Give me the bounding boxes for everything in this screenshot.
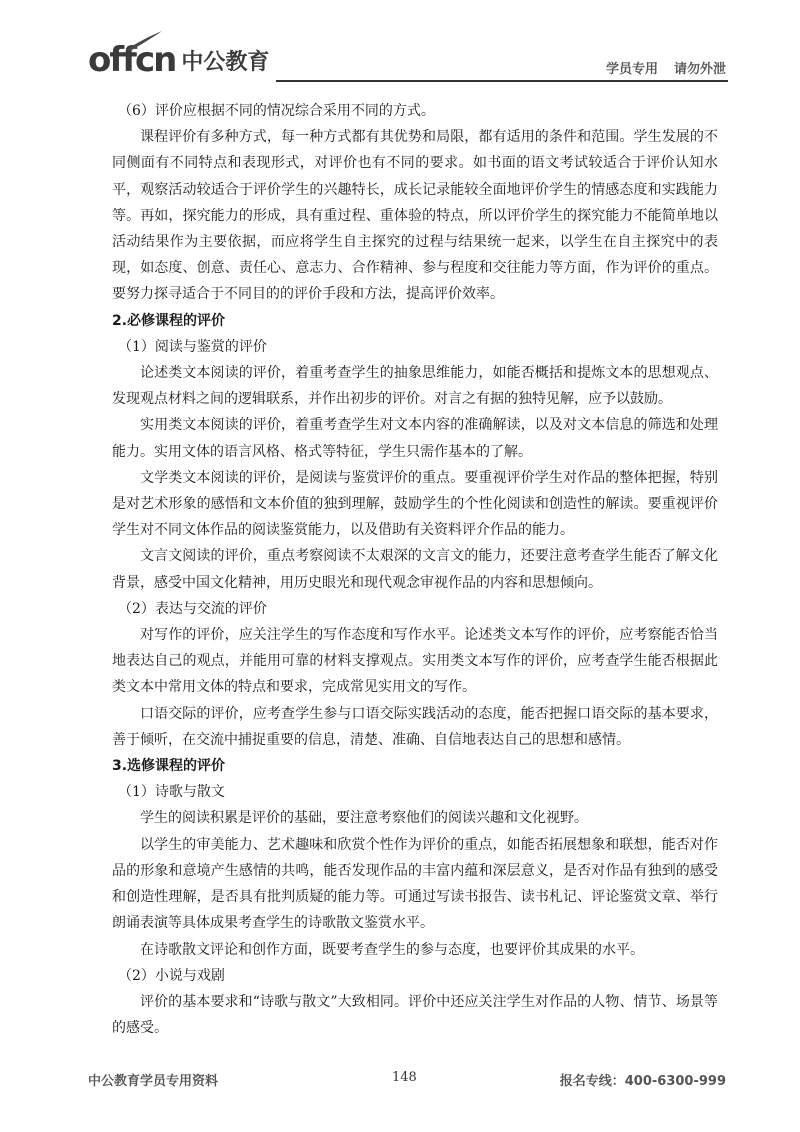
paragraph: 口语交际的评价，应考查学生参与口语交际实践活动的态度，能否把握口语交际的基本要求…: [112, 701, 718, 753]
paragraph: 论述类文本阅读的评价，着重考查学生的抽象思维能力，如能否概括和提炼文本的思想观点…: [112, 360, 718, 412]
header-tag-student-only: 学员专用: [606, 62, 658, 77]
header-tag-no-leak: 请勿外泄: [674, 62, 726, 77]
footer-hotline: 报名专线：400-6300-999: [560, 1070, 726, 1089]
paragraph: 课程评价有多种方式，每一种方式都有其优势和局限，都有适用的条件和范围。学生发展的…: [112, 124, 718, 307]
paragraph: 对写作的评价，应关注学生的写作态度和写作水平。论述类文本写作的评价，应考察能否恰…: [112, 622, 718, 701]
paragraph: 学生的阅读积累是评价的基础，要注意考察他们的阅读兴趣和文化视野。: [112, 805, 718, 831]
subsection-heading: （1）诗歌与散文: [112, 779, 718, 805]
subsection-heading: （1）阅读与鉴赏的评价: [112, 334, 718, 360]
footer-label: 中公教育学员专用资料: [88, 1070, 218, 1089]
page-header: offcn 中公教育 学员专用请勿外泄: [88, 34, 728, 84]
header-divider: [276, 80, 728, 82]
section-heading: 3.选修课程的评价: [112, 753, 718, 779]
subsection-heading: （2）小说与戏剧: [112, 963, 718, 989]
document-body: （6）评价应根据不同的情况综合采用不同的方式。课程评价有多种方式，每一种方式都有…: [112, 98, 718, 1041]
paragraph: 以学生的审美能力、艺术趣味和欣赏个性作为评价的重点，如能否拓展想象和联想，能否对…: [112, 832, 718, 937]
offcn-logo: offcn 中公教育: [88, 38, 269, 78]
logo-swoosh-icon: [124, 30, 164, 52]
paragraph: 在诗歌散文评论和创作方面，既要考查学生的参与态度，也要评价其成果的水平。: [112, 937, 718, 963]
paragraph: 文言文阅读的评价，重点考察阅读不太艰深的文言文的能力，还要注意考查学生能否了解文…: [112, 543, 718, 595]
logo-cn-text: 中公教育: [181, 48, 269, 78]
page-footer: 中公教育学员专用资料 148 报名专线：400-6300-999: [88, 1070, 728, 1094]
subsection-heading: （6）评价应根据不同的情况综合采用不同的方式。: [112, 98, 718, 124]
subsection-heading: （2）表达与交流的评价: [112, 596, 718, 622]
header-tagline: 学员专用请勿外泄: [606, 58, 726, 77]
paragraph: 实用类文本阅读的评价，着重考查学生对文本内容的准确解读，以及对文本信息的筛选和处…: [112, 412, 718, 464]
paragraph: 评价的基本要求和“诗歌与散文”大致相同。评价中还应关注学生对作品的人物、情节、场…: [112, 989, 718, 1041]
paragraph: 文学类文本阅读的评价，是阅读与鉴赏评价的重点。要重视评价学生对作品的整体把握，特…: [112, 465, 718, 544]
page-number: 148: [392, 1070, 417, 1085]
section-heading: 2.必修课程的评价: [112, 308, 718, 334]
